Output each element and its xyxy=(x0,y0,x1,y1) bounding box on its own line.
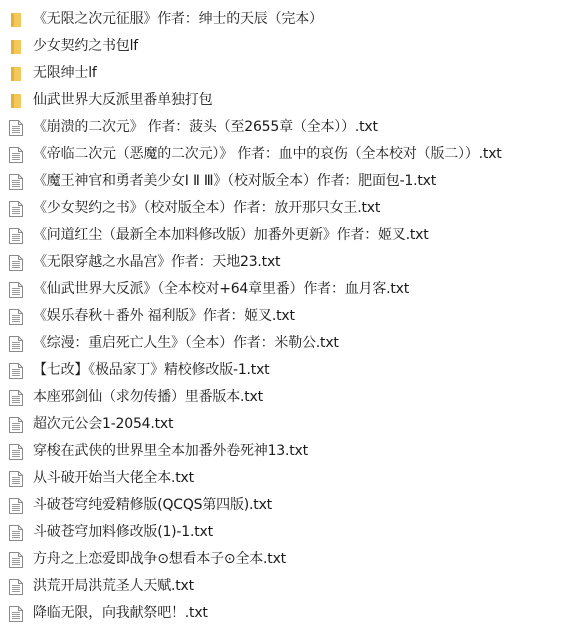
file-name: 本座邪剑仙（求勿传播）里番版本.txt xyxy=(33,384,263,411)
folder-icon xyxy=(8,11,24,29)
file-name: 从斗破开始当大佬全本.txt xyxy=(33,465,194,492)
file-item[interactable]: 方舟之上恋爱即战争⊙想看本子⊙全本.txt xyxy=(0,546,572,573)
folder-item[interactable]: 仙武世界大反派里番单独打包 xyxy=(0,87,572,114)
text-file-icon xyxy=(8,119,24,137)
file-item[interactable]: 斗破苍穹加料修改版(1)-1.txt xyxy=(0,519,572,546)
file-item[interactable]: 《娱乐春秋＋番外 福利版》作者：姬叉.txt xyxy=(0,303,572,330)
file-item[interactable]: 超次元公会1-2054.txt xyxy=(0,411,572,438)
file-item[interactable]: 《帝临二次元（恶魔的二次元）》 作者：血中的哀伤（全本校对（版二））.txt xyxy=(0,141,572,168)
file-name: 《崩溃的二次元》 作者：菠头（至2655章（全本））.txt xyxy=(33,114,378,141)
file-name: 《无限穿越之水晶宫》作者：天地23.txt xyxy=(33,249,280,276)
folder-icon xyxy=(8,65,24,83)
text-file-icon xyxy=(8,281,24,299)
folder-item[interactable]: 无限绅士lf xyxy=(0,60,572,87)
file-name: 方舟之上恋爱即战争⊙想看本子⊙全本.txt xyxy=(33,546,286,573)
file-item[interactable]: 穿梭在武侠的世界里全本加番外卷死神13.txt xyxy=(0,438,572,465)
text-file-icon xyxy=(8,578,24,596)
file-name: 《少女契约之书》（校对版全本）作者：放开那只女王.txt xyxy=(33,195,380,222)
text-file-icon xyxy=(8,443,24,461)
text-file-icon xyxy=(8,173,24,191)
folder-name: 《无限之次元征服》作者：绅士的天辰（完本） xyxy=(33,6,323,33)
text-file-icon xyxy=(8,389,24,407)
text-file-icon xyxy=(8,146,24,164)
text-file-icon xyxy=(8,416,24,434)
file-item[interactable]: 斗破苍穹纯爱精修版(QCQS第四版).txt xyxy=(0,492,572,519)
file-name: 《综漫：重启死亡人生》（全本）作者：米勒公.txt xyxy=(33,330,339,357)
text-file-icon xyxy=(8,335,24,353)
file-name: 超次元公会1-2054.txt xyxy=(33,411,173,438)
text-file-icon xyxy=(8,497,24,515)
file-name: 洪荒开局洪荒圣人天赋.txt xyxy=(33,573,194,600)
file-list: 《无限之次元征服》作者：绅士的天辰（完本） 少女契约之书包lf 无限绅士lf 仙… xyxy=(0,0,572,627)
text-file-icon xyxy=(8,362,24,380)
text-file-icon xyxy=(8,524,24,542)
file-name: 穿梭在武侠的世界里全本加番外卷死神13.txt xyxy=(33,438,308,465)
file-name: 降临无限，向我献祭吧！.txt xyxy=(33,600,208,627)
file-item[interactable]: 本座邪剑仙（求勿传播）里番版本.txt xyxy=(0,384,572,411)
text-file-icon xyxy=(8,551,24,569)
file-item[interactable]: 《问道红尘（最新全本加料修改版）加番外更新》作者：姬叉.txt xyxy=(0,222,572,249)
folder-item[interactable]: 少女契约之书包lf xyxy=(0,33,572,60)
file-item[interactable]: 从斗破开始当大佬全本.txt xyxy=(0,465,572,492)
text-file-icon xyxy=(8,605,24,623)
file-name: 【七改】《极品家丁》精校修改版-1.txt xyxy=(33,357,269,384)
file-item[interactable]: 降临无限，向我献祭吧！.txt xyxy=(0,600,572,627)
file-name: 《问道红尘（最新全本加料修改版）加番外更新》作者：姬叉.txt xyxy=(33,222,429,249)
file-name: 《帝临二次元（恶魔的二次元）》 作者：血中的哀伤（全本校对（版二））.txt xyxy=(33,141,502,168)
text-file-icon xyxy=(8,227,24,245)
folder-item[interactable]: 《无限之次元征服》作者：绅士的天辰（完本） xyxy=(0,6,572,33)
file-name: 《魔王神官和勇者美少女Ⅰ Ⅱ Ⅲ》（校对版全本）作者：肥面包-1.txt xyxy=(33,168,436,195)
file-item[interactable]: 《魔王神官和勇者美少女Ⅰ Ⅱ Ⅲ》（校对版全本）作者：肥面包-1.txt xyxy=(0,168,572,195)
text-file-icon xyxy=(8,308,24,326)
file-name: 《仙武世界大反派》（全本校对+64章里番）作者：血月客.txt xyxy=(33,276,409,303)
folder-name: 少女契约之书包lf xyxy=(33,33,138,60)
file-item[interactable]: 《崩溃的二次元》 作者：菠头（至2655章（全本））.txt xyxy=(0,114,572,141)
file-item[interactable]: 《仙武世界大反派》（全本校对+64章里番）作者：血月客.txt xyxy=(0,276,572,303)
text-file-icon xyxy=(8,254,24,272)
text-file-icon xyxy=(8,200,24,218)
folder-name: 无限绅士lf xyxy=(33,60,97,87)
file-name: 斗破苍穹加料修改版(1)-1.txt xyxy=(33,519,213,546)
file-item[interactable]: 《少女契约之书》（校对版全本）作者：放开那只女王.txt xyxy=(0,195,572,222)
file-item[interactable]: 洪荒开局洪荒圣人天赋.txt xyxy=(0,573,572,600)
folder-name: 仙武世界大反派里番单独打包 xyxy=(33,87,212,114)
file-item[interactable]: 《综漫：重启死亡人生》（全本）作者：米勒公.txt xyxy=(0,330,572,357)
file-name: 《娱乐春秋＋番外 福利版》作者：姬叉.txt xyxy=(33,303,295,330)
folder-icon xyxy=(8,38,24,56)
folder-icon xyxy=(8,92,24,110)
text-file-icon xyxy=(8,470,24,488)
file-item[interactable]: 《无限穿越之水晶宫》作者：天地23.txt xyxy=(0,249,572,276)
file-name: 斗破苍穹纯爱精修版(QCQS第四版).txt xyxy=(33,492,272,519)
file-item[interactable]: 【七改】《极品家丁》精校修改版-1.txt xyxy=(0,357,572,384)
